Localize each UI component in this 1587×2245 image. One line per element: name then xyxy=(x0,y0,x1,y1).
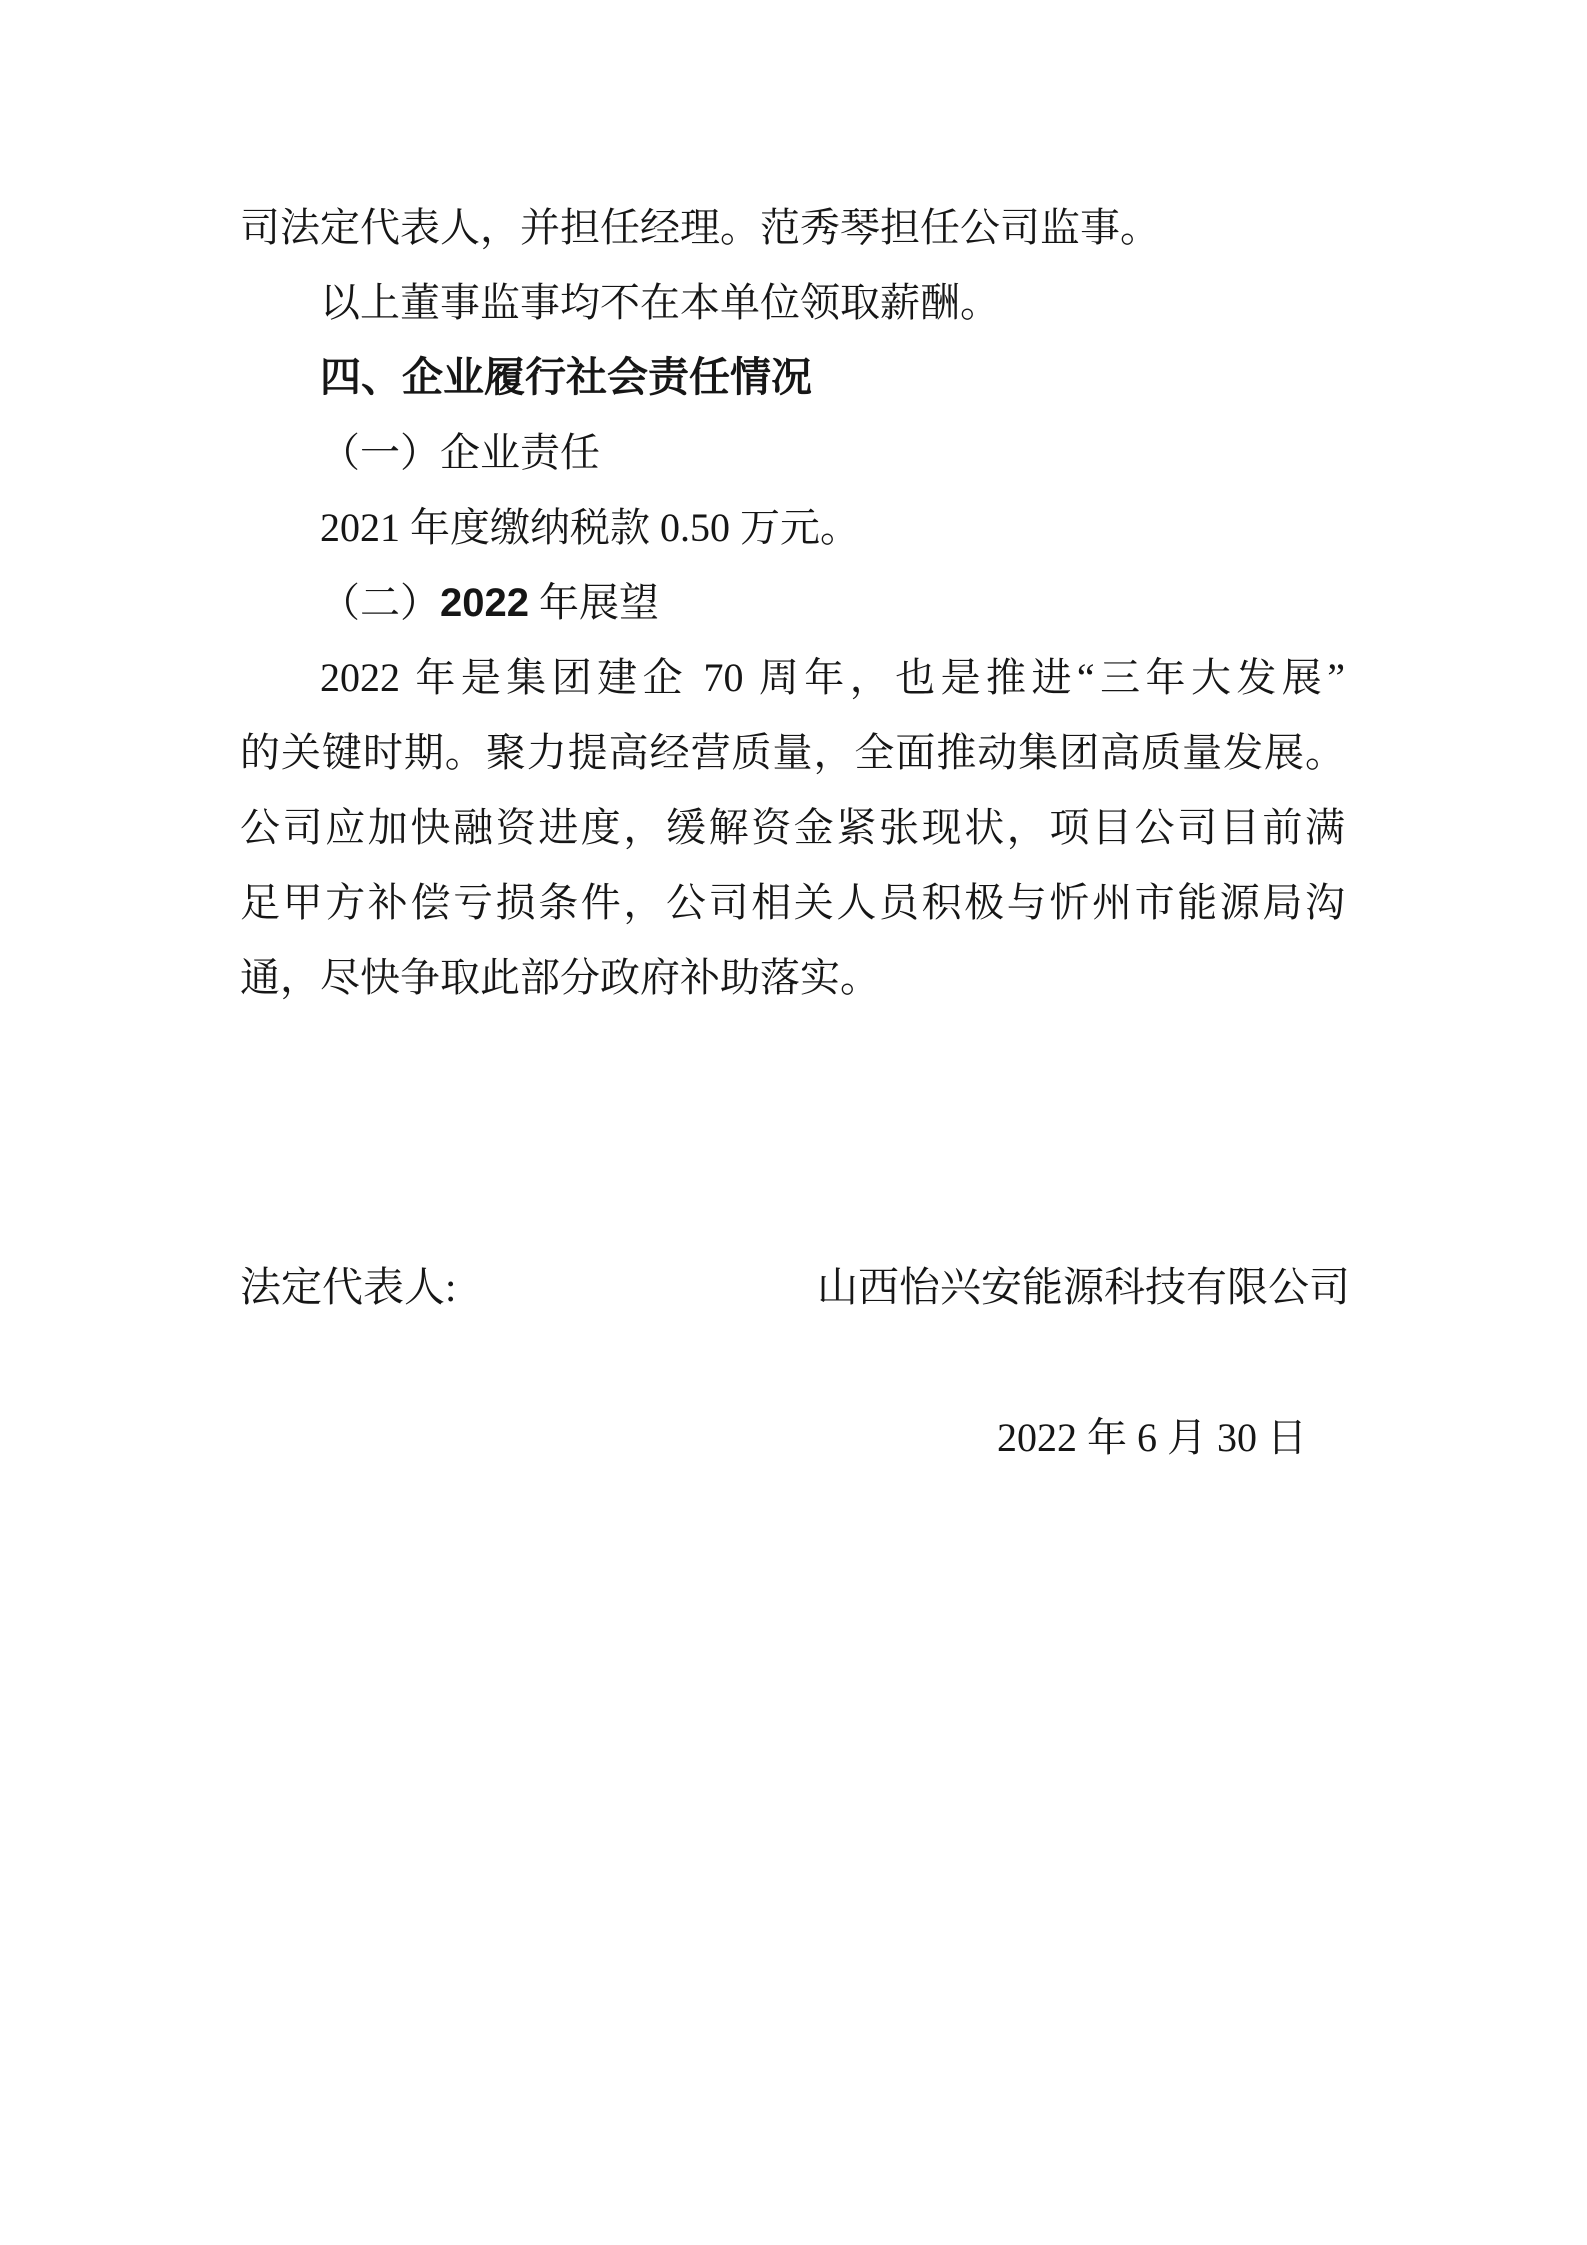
signature-row: 法定代表人: 山西怡兴安能源科技有限公司 xyxy=(240,1250,1350,1325)
date-line: 2022 年 6 月 30 日 xyxy=(240,1400,1345,1475)
paragraph-tax-paid: 2021 年度缴纳税款 0.50 万元。 xyxy=(240,490,1345,565)
paragraph-outlook: 2022 年是集团建企 70 周年，也是推进“三年大发展” 的关键时期。聚力提高… xyxy=(240,640,1345,1015)
outlook-line: 公司应加快融资进度，缓解资金紧张现状，项目公司目前满 xyxy=(240,790,1345,865)
outlook-line: 2022 年是集团建企 70 周年，也是推进“三年大发展” xyxy=(240,640,1345,715)
subheading-outlook-year: 2022 xyxy=(440,581,529,625)
subheading-corporate-responsibility: （一）企业责任 xyxy=(240,415,1345,490)
document-body: 司法定代表人，并担任经理。范秀琴担任公司监事。 以上董事监事均不在本单位领取薪酬… xyxy=(240,190,1345,1015)
section-heading-social-responsibility: 四、企业履行社会责任情况 xyxy=(240,340,1345,415)
outlook-line: 足甲方补偿亏损条件，公司相关人员积极与忻州市能源局沟 xyxy=(240,865,1345,940)
company-name: 山西怡兴安能源科技有限公司 xyxy=(817,1250,1350,1325)
document-date: 2022 年 6 月 30 日 xyxy=(997,1415,1307,1460)
outlook-line: 通，尽快争取此部分政府补助落实。 xyxy=(240,940,1345,1015)
document-page: 司法定代表人，并担任经理。范秀琴担任公司监事。 以上董事监事均不在本单位领取薪酬… xyxy=(0,0,1587,2245)
paragraph-directors-continuation: 司法定代表人，并担任经理。范秀琴担任公司监事。 xyxy=(240,190,1345,265)
outlook-line: 的关键时期。聚力提高经营质量，全面推动集团高质量发展。 xyxy=(240,715,1345,790)
subheading-2022-outlook: （二）2022 年展望 xyxy=(240,565,1345,640)
paragraph-no-salary: 以上董事监事均不在本单位领取薪酬。 xyxy=(240,265,1345,340)
subheading-outlook-prefix: （二） xyxy=(320,580,440,625)
legal-representative-label: 法定代表人: xyxy=(240,1250,456,1325)
subheading-outlook-suffix: 年展望 xyxy=(529,580,659,625)
